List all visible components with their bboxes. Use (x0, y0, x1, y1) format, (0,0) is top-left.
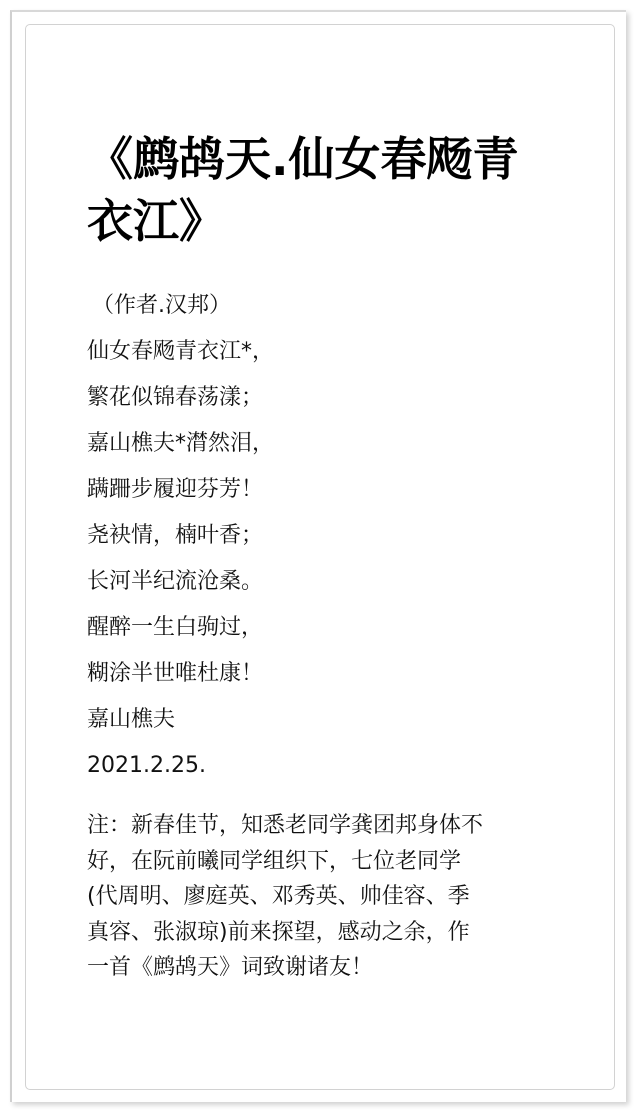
poem-line: 蹒跚步履迎芬芳！ (87, 475, 274, 521)
poem-title-line-1: 《鹧鸪天.仙女春飏青 (87, 132, 518, 186)
poem-line: 繁花似锦春荡漾； (87, 383, 274, 429)
poem-title-line-2: 衣江》 (87, 194, 225, 248)
poem-signature: 嘉山樵夫 (87, 705, 274, 751)
poem-body: 仙女春飏青衣江*， 繁花似锦春荡漾； 嘉山樵夫*潸然泪， 蹒跚步履迎芬芳！ 尧袂… (87, 337, 274, 797)
note-line: 真容、张淑琼)前来探望，感动之余，作 (87, 920, 470, 945)
poem-line: 长河半纪流沧桑。 (87, 567, 274, 613)
poem-line: 嘉山樵夫*潸然泪， (87, 429, 274, 475)
poem-title: 《鹧鸪天.仙女春飏青 衣江》 (87, 128, 567, 252)
poem-line: 糊涂半世唯杜康！ (87, 659, 274, 705)
poem-line: 尧袂情，楠叶香； (87, 521, 274, 567)
note-line: 注：新春佳节，知悉老同学龚团邦身体不 (87, 813, 483, 838)
note-line: 好，在阮前曦同学组织下，七位老同学 (87, 849, 461, 874)
note-line: (代周明、廖庭英、邓秀英、帅佳容、季 (87, 884, 470, 909)
poem-note: 注：新春佳节，知悉老同学龚团邦身体不 好，在阮前曦同学组织下，七位老同学 (代周… (87, 808, 587, 986)
poem-date: 2021.2.25. (87, 751, 274, 797)
poem-line: 仙女春飏青衣江*， (87, 337, 274, 383)
poem-line: 醒醉一生白驹过， (87, 613, 274, 659)
poem-author: （作者.汉邦） (92, 291, 231, 321)
note-line: 一首《鹧鸪天》词致谢诸友！ (87, 955, 373, 980)
